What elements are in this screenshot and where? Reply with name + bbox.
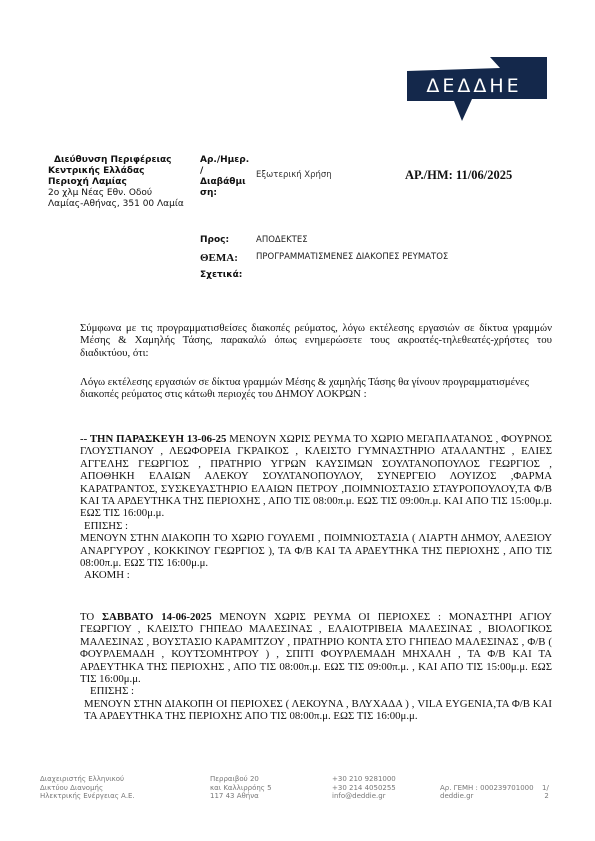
footer-phone: +30 214 4050255 xyxy=(332,784,396,793)
footer-registry: Αρ. ΓΕΜΗ : 000239701000 deddie.gr xyxy=(440,775,534,801)
also-label: ΕΠΙΣΗΣ : xyxy=(80,685,552,697)
to-value: ΑΠΟΔΕΚΤΕΣ xyxy=(256,235,308,245)
outage-day-text: ΤΗΝ ΠΑΡΑΣΚΕΥΗ 13-06-25 xyxy=(90,433,227,445)
more-label: ΑΚΟΜΗ : xyxy=(80,569,552,581)
related-label: Σχετικά: xyxy=(200,270,242,280)
reference-label-line: Διαβάθμι xyxy=(200,177,255,188)
deddie-logo: ΔΕΔΔΗΕ xyxy=(402,55,552,123)
reference-label-line: ση: xyxy=(200,188,255,199)
subject-value: ΠΡΟΓΡΑΜΜΑΤΙΣΜΕΝΕΣ ΔΙΑΚΟΠΕΣ ΡΕΥΜΑΤΟΣ xyxy=(256,252,448,262)
sender-address: 2ο χλμ Νέας Εθν. Οδού xyxy=(48,188,208,199)
footer-line xyxy=(542,775,549,784)
outage-block-friday: -- ΤΗΝ ΠΑΡΑΣΚΕΥΗ 13-06-25 ΜΕΝΟΥΝ ΧΩΡΙΣ Ρ… xyxy=(80,433,552,582)
to-label: Προς: xyxy=(200,235,229,245)
protocol-date: ΑΡ./ΗΜ: 11/06/2025 xyxy=(405,168,512,183)
sender-line: Περιοχή Λαμίας xyxy=(48,177,208,188)
footer-email[interactable]: info@deddie.gr xyxy=(332,792,396,801)
footer-company: Διαχειριστής Ελληνικού Δικτύου Διανομής … xyxy=(40,775,135,801)
footer-line: Ηλεκτρικής Ενέργειας Α.Ε. xyxy=(40,792,135,801)
footer-line: Περραιβού 20 xyxy=(210,775,272,784)
page-number: 1/ 2 xyxy=(542,775,549,801)
outage-block-saturday: ΤΟ ΣΑΒΒΑΤΟ 14-06-2025 ΜΕΝΟΥΝ ΧΩΡΙΣ ΡΕΥΜΑ… xyxy=(80,611,552,723)
footer-line: 117 43 Αθήνα xyxy=(210,792,272,801)
logo-graphic: ΔΕΔΔΗΕ xyxy=(402,55,552,123)
also-label: ΕΠΙΣΗΣ : xyxy=(80,520,552,532)
footer-gemi: Αρ. ΓΕΜΗ : 000239701000 xyxy=(440,784,534,793)
footer-contact: +30 210 9281000 +30 214 4050255 info@ded… xyxy=(332,775,396,801)
sender-line: Διεύθυνση Περιφέρειας xyxy=(48,155,208,166)
reference-label: Αρ./Ημερ. / Διαβάθμι ση: xyxy=(200,155,255,199)
subject-label: ΘΕΜΑ: xyxy=(200,252,238,264)
sender-block: Διεύθυνση Περιφέρειας Κεντρικής Ελλάδας … xyxy=(48,155,208,210)
page-total: 2 xyxy=(542,792,549,801)
sender-address: Λαμίας-Αθήνας, 351 00 Λαμία xyxy=(48,199,208,210)
intro-paragraph: Σύμφωνα με τις προγραμματισθείσες διακοπ… xyxy=(80,322,552,359)
outage-text: ΜΕΝΟΥΝ ΧΩΡΙΣ ΡΕΥΜΑ ΤΟ ΧΩΡΙΟ ΜΕΓΑΠΛΑΤΑΝΟΣ… xyxy=(80,433,552,519)
sender-line: Κεντρικής Ελλάδας xyxy=(48,166,208,177)
svg-text:ΔΕΔΔΗΕ: ΔΕΔΔΗΕ xyxy=(426,75,521,97)
footer-line: Δικτύου Διανομής xyxy=(40,784,135,793)
footer-phone: +30 210 9281000 xyxy=(332,775,396,784)
outage-prefix: -- xyxy=(80,433,90,445)
reference-label-line: / xyxy=(200,166,255,177)
classification-value: Εξωτερική Χρήση xyxy=(256,170,332,180)
lead-paragraph: Λόγω εκτέλεσης εργασιών σε δίκτυα γραμμώ… xyxy=(80,376,552,401)
footer-line: και Καλλιρρόης 5 xyxy=(210,784,272,793)
outage-main: ΤΟ ΣΑΒΒΑΤΟ 14-06-2025 ΜΕΝΟΥΝ ΧΩΡΙΣ ΡΕΥΜΑ… xyxy=(80,611,552,685)
outage-day: -- ΤΗΝ ΠΑΡΑΣΚΕΥΗ 13-06-25 xyxy=(80,433,226,445)
also-text: ΜΕΝΟΥΝ ΣΤΗΝ ΔΙΑΚΟΠΗ ΟΙ ΠΕΡΙΟΧΕΣ ( ΛΕΚΟΥΝ… xyxy=(80,698,552,723)
outage-main: -- ΤΗΝ ΠΑΡΑΣΚΕΥΗ 13-06-25 ΜΕΝΟΥΝ ΧΩΡΙΣ Ρ… xyxy=(80,433,552,520)
outage-day: ΣΑΒΒΑΤΟ 14-06-2025 xyxy=(102,611,212,623)
footer-line: Διαχειριστής Ελληνικού xyxy=(40,775,135,784)
footer-website[interactable]: deddie.gr xyxy=(440,792,534,801)
outage-prefix: ΤΟ xyxy=(80,611,102,623)
reference-label-line: Αρ./Ημερ. xyxy=(200,155,255,166)
footer-address: Περραιβού 20 και Καλλιρρόης 5 117 43 Αθή… xyxy=(210,775,272,801)
footer-line xyxy=(440,775,534,784)
page-current: 1/ xyxy=(542,784,549,793)
also-text: ΜΕΝΟΥΝ ΣΤΗΝ ΔΙΑΚΟΠΗ ΤΟ ΧΩΡΙΟ ΓΟΥΛΕΜΙ , Π… xyxy=(80,532,552,569)
